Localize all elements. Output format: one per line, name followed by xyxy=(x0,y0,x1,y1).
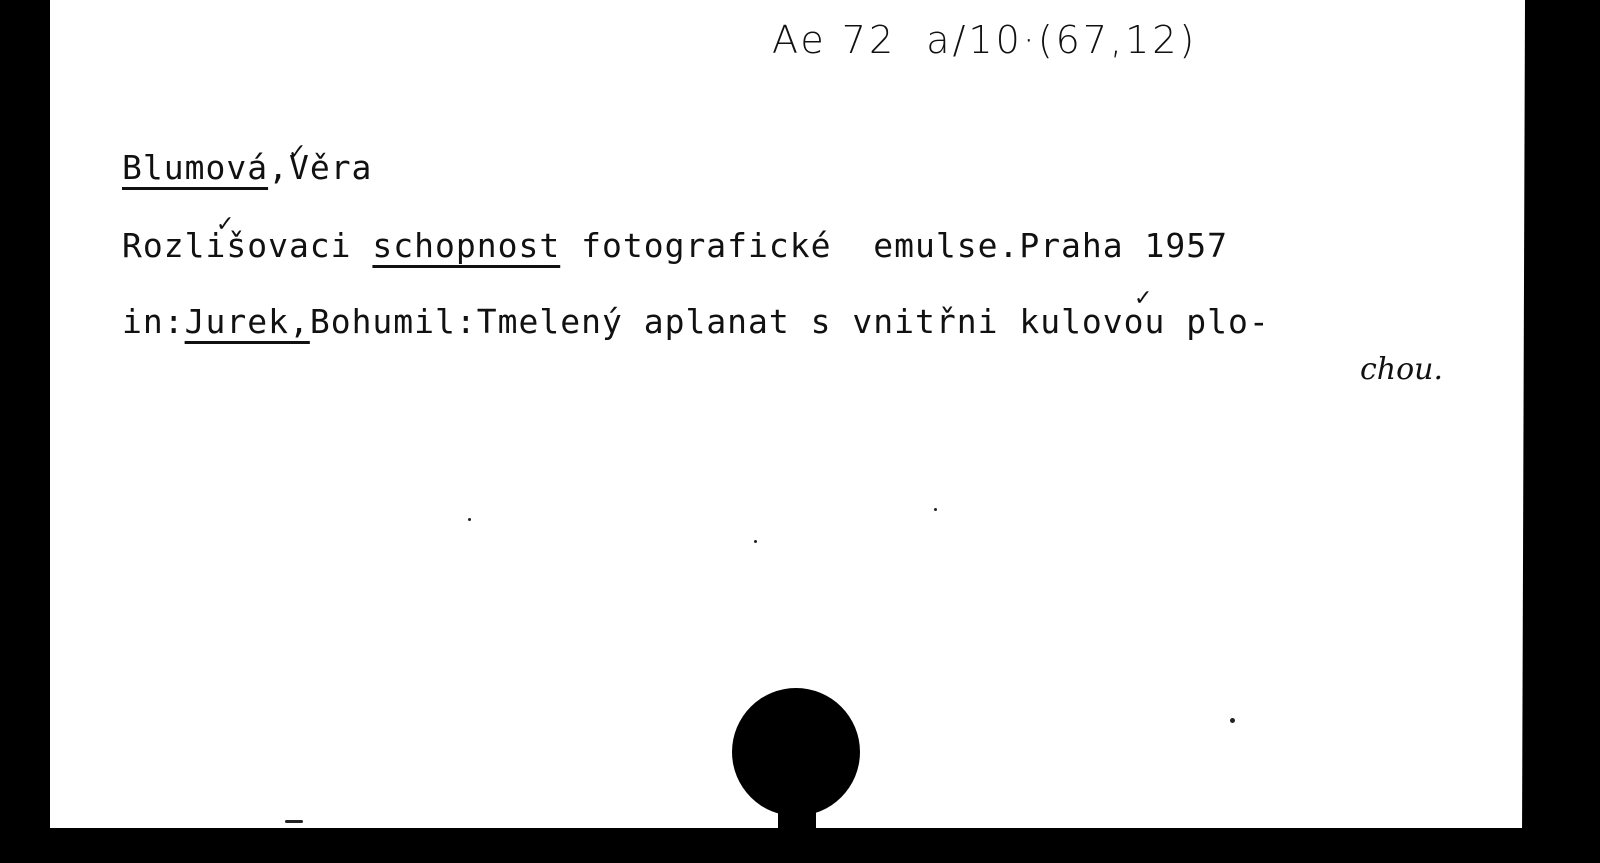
title-line: Rozlišovaci schopnost fotografické emuls… xyxy=(122,226,1228,265)
speck xyxy=(285,820,303,823)
handwritten-check-mark: ✓ xyxy=(216,212,234,237)
punch-hole xyxy=(732,688,860,816)
punch-hole-slot xyxy=(778,800,816,830)
speck xyxy=(934,508,937,511)
speck xyxy=(1230,718,1235,723)
handwritten-continuation: chou. xyxy=(1360,352,1443,387)
speck xyxy=(754,540,757,543)
title-pre: Rozlišovaci xyxy=(122,226,372,265)
source-underlined: Jurek, xyxy=(185,302,310,341)
author-line: Blumová,Věra xyxy=(122,148,372,187)
author-surname: Blumová xyxy=(122,148,268,187)
handwritten-check-mark: ✓ xyxy=(1134,286,1152,311)
speck xyxy=(468,518,471,521)
source-line: in:Jurek,Bohumil:Tmelený aplanat s vnitř… xyxy=(122,302,1270,341)
call-number: Ae 72 a/10·(67,12) xyxy=(772,18,1197,62)
title-underlined: schopnost xyxy=(372,226,560,265)
source-post: Bohumil:Tmelený aplanat s vnitřni kulovo… xyxy=(310,302,1270,341)
title-post: fotografické emulse.Praha 1957 xyxy=(560,226,1228,265)
source-prefix: in: xyxy=(122,302,185,341)
author-separator: , xyxy=(268,148,289,187)
handwritten-check-mark: ✓ xyxy=(288,140,306,165)
